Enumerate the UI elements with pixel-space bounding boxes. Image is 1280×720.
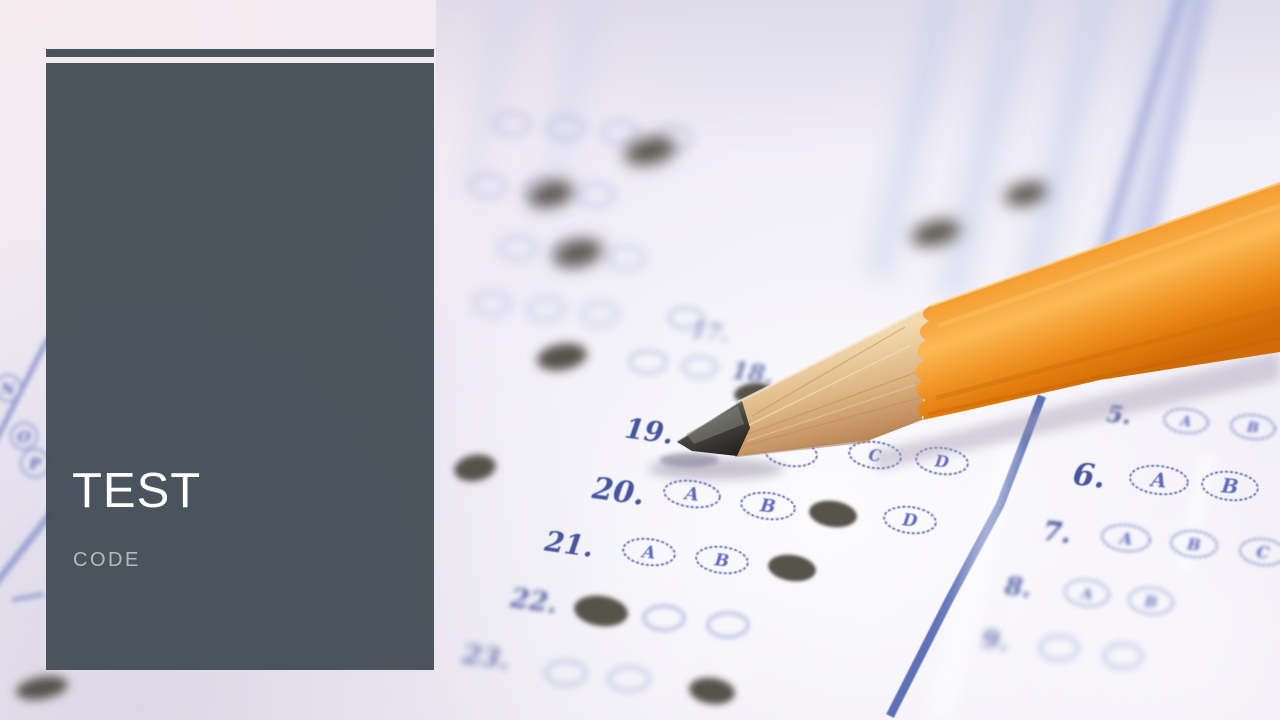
- bubble-letter: B: [1245, 419, 1260, 436]
- margin-letter: N: [0, 380, 16, 398]
- bubble-letter: B: [1185, 534, 1201, 554]
- title-panel: TEST CODE: [46, 63, 434, 670]
- bubble-letter: B: [1219, 473, 1239, 499]
- margin-letter: P: [28, 455, 41, 473]
- question-number: 22.: [508, 583, 560, 620]
- question-number: 20.: [589, 471, 647, 513]
- bubble-letter: D: [900, 510, 918, 532]
- bubble-letter: B: [758, 495, 777, 518]
- slide-title: TEST: [72, 465, 201, 519]
- margin-letter: O: [17, 428, 30, 446]
- bubble-letter: C: [1256, 542, 1271, 562]
- slide-subtitle: CODE: [73, 549, 141, 572]
- question-number: 23.: [460, 639, 512, 676]
- question-number: 7.: [1041, 516, 1073, 550]
- accent-bar: [46, 49, 434, 57]
- question-number: 21.: [542, 524, 596, 564]
- question-number: 6.: [1071, 456, 1108, 496]
- question-number: 8.: [1002, 571, 1032, 603]
- question-number: 17.: [689, 317, 731, 348]
- question-number: 9.: [980, 624, 1009, 656]
- slide: N O P 17. 18. 19. C D 20. A B D: [0, 0, 1280, 720]
- bubble-letter: B: [713, 550, 731, 572]
- pencil-tip-shadow: [659, 453, 719, 467]
- question-number: 19.: [623, 411, 676, 450]
- bubble-letter: B: [1143, 592, 1158, 611]
